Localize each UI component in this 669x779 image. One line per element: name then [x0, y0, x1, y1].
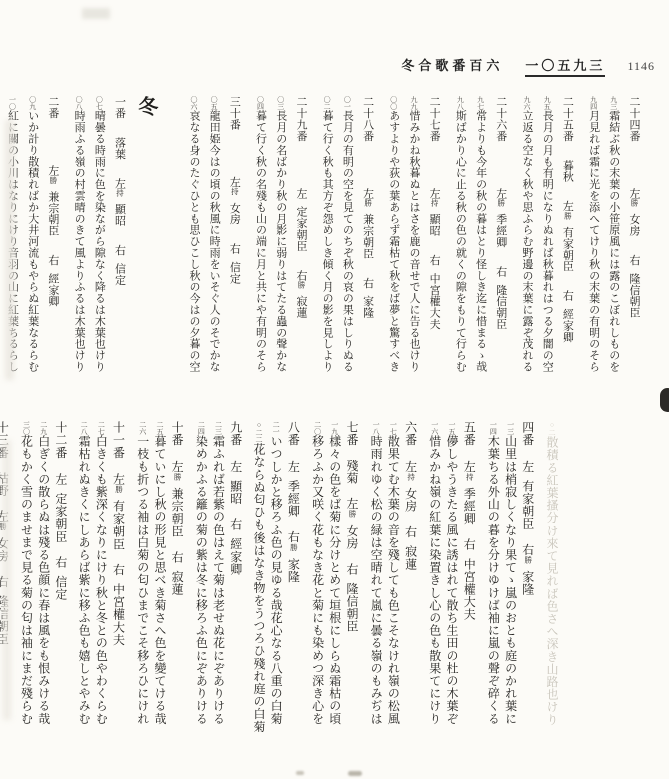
team-label-right: 右 — [47, 254, 59, 265]
scan-artifact — [296, 771, 304, 775]
poem-column: 九七常よりも今年の秋の暮はとり怪しき迄に惜まるゝ哉 — [470, 96, 490, 408]
scan-artifact — [82, 8, 110, 19]
poem-annotation: 〇三 — [271, 96, 291, 110]
poet-name-right: 寂蓮 — [404, 545, 418, 570]
team-label-right: 右 — [295, 270, 307, 281]
team-label-left: 左 — [47, 165, 59, 176]
round-number: 二十六番 — [495, 96, 507, 142]
poem-annotation: 一七 — [384, 421, 401, 435]
scan-artifact — [5, 120, 14, 380]
poem-column: 〇六哀なる身のたぐひとも思ひこし秋の今はの夕暮の空 — [184, 96, 204, 408]
round-header-column: 十二番左定家朝臣右信定 — [52, 421, 75, 769]
team-label-right: 右 — [521, 543, 535, 556]
section-heading-text: 冬 — [135, 96, 157, 116]
poem-text: 惜みかね嶺の紅葉に染置きし心の色も散果てにけり — [428, 435, 442, 725]
poem-annotation: 二五 — [151, 421, 168, 435]
poem-annotation: 二七 — [92, 421, 109, 435]
poem-column: 一七散果てむ木葉の音を殘しても色こそなけれ嶺の松風 — [384, 421, 401, 769]
team-label-right: 右 — [561, 290, 573, 301]
team-label-left: 左 — [521, 460, 535, 473]
team-label-right: 右 — [428, 254, 440, 265]
poem-column: 〇一長月の有明の空を見てのちぞ秋の哀の果はしりぬる — [337, 96, 357, 408]
round-number: 十一番 — [112, 421, 126, 459]
poem-column: 二六一枝も折つる袖は白菊の匂ひまでこそ移ろひにけれ — [134, 421, 151, 769]
round-number: 七番 — [345, 421, 359, 446]
poem-column: 九四月見れば霜に光を添へてけり秋の末葉の有明のそら — [583, 96, 603, 408]
poem-annotation: 九八 — [450, 96, 470, 110]
round-number: 六番 — [404, 421, 418, 446]
team-label-right: 右 — [286, 531, 300, 544]
team-label-left: 左 — [628, 188, 640, 199]
poem-column: 二四染めかふる籬の菊の紫は冬に移ろふ色にぞありける — [192, 421, 209, 769]
round-header-column: 一番落葉左持顯昭右信定 — [109, 96, 135, 408]
win-mark: 持 — [116, 189, 125, 197]
team-label-left: 左 — [345, 497, 359, 510]
poem-column: 一八時雨れゆく松の緑は空晴れて嵐に曇る嶺のもみぢは — [367, 421, 384, 769]
win-mark: 勝 — [297, 281, 306, 289]
team-label-right: 右 — [495, 266, 507, 277]
win-mark: 勝 — [364, 199, 373, 207]
poem-text: 暮て行く秋の名殘も山の端に月と共にや有明のそら — [255, 110, 267, 372]
poem-column: 九九惜みかね秋暮ぬとはさを鹿の音せで人に告る也けり — [404, 96, 424, 408]
poem-text: 龍田姫今はの頃の秋風に時雨をいそぐ人のそでかな — [208, 110, 220, 372]
team-label-right: 右 — [462, 538, 476, 551]
team-label-left: 左 — [404, 460, 418, 473]
win-mark: 持 — [230, 188, 239, 196]
poet-name-right: 經家卿 — [561, 308, 573, 342]
poet-name-left: 兼宗朝臣 — [47, 191, 59, 237]
top-register: 二十四番左勝女房右隆信朝臣九三霜結ぶ秋の末葉の小笹原風には露のこぼれしものを九四… — [2, 96, 650, 408]
win-mark: 勝 — [524, 556, 533, 564]
poem-text: 散果てむ木葉の音を殘しても色こそなけれ嶺の松風 — [386, 435, 400, 725]
round-header-column: 二十七番左持顯昭右中宮權大夫 — [424, 96, 450, 408]
round-number: 十二番 — [54, 421, 68, 459]
team-label-right: 右 — [112, 563, 126, 576]
poem-text: 花もかく雪のませまで見る菊の匂は袖にまだ殘らむ — [20, 435, 34, 725]
poem-annotation: 〇六 — [184, 96, 204, 110]
poem-annotation: 九五 — [537, 96, 557, 110]
poem-annotation: ○二 — [543, 421, 560, 436]
poet-name-left: 有家朝臣 — [112, 500, 126, 550]
poem-text: 長月の名ばかり秋の月影に弱りはてたる蟲の聲かな — [275, 110, 287, 372]
poem-text: 花ならぬ匂ひも後はなき物をうつろひ殘れ庭の白菊 — [252, 443, 266, 733]
round-header-column: 三十番左持女房右信定 — [224, 96, 250, 408]
poem-annotation: 九六 — [517, 96, 537, 110]
win-mark: 持 — [430, 199, 439, 207]
poem-text: 暮ていにし秋の形見と思べき菊さへ色を變てける哉 — [153, 435, 167, 725]
round-header-column: 十一番左勝有家朝臣右中宮權大夫 — [109, 421, 133, 769]
round-header-column: 二十五番暮秋左勝有家朝臣右經家卿 — [557, 96, 583, 408]
poem-annotation: 一五 — [443, 421, 460, 435]
poem-annotation: 〇七 — [89, 96, 109, 110]
team-label-left: 左 — [295, 188, 307, 199]
team-label-left: 左 — [229, 460, 243, 473]
poem-annotation: 〇二 — [317, 96, 337, 110]
poet-name-right: 信定 — [54, 575, 68, 600]
poem-text: 一枝も折つる袖は白菊の匂ひまでこそ移ろひにけれ — [136, 435, 150, 725]
poem-column: 三〇花もかく雪のませまで見る菊の匂は袖にまだ殘らむ — [17, 421, 34, 769]
poem-column: 〇七晴曇る時雨に色を染ながら隙なく降るは木葉也けり — [89, 96, 109, 408]
poem-annotation: 二〇 — [308, 421, 325, 435]
round-header-column: 五番左持季經卿右中宮權大夫 — [460, 421, 484, 769]
win-mark: 勝 — [173, 473, 182, 481]
poet-name-right: 中宮權大夫 — [112, 583, 126, 646]
win-mark: 勝 — [348, 510, 357, 518]
poet-name-right: 隆信朝臣 — [628, 273, 640, 319]
poet-name-right: 信定 — [228, 261, 240, 284]
team-label-right: 右 — [404, 526, 418, 539]
round-topic: 落葉 — [114, 137, 126, 160]
poet-name-left: 定家朝臣 — [54, 492, 68, 542]
poem-text: 儚しやうきたる風に誘はれて散ち生田の杜の木葉ぞ — [445, 435, 459, 725]
team-label-left: 左 — [286, 460, 300, 473]
poem-text: 惜みかね秋暮ぬとはさを鹿の音せで人に告る也けり — [408, 110, 420, 372]
poet-name-left: 有家朝臣 — [521, 480, 535, 530]
poet-name-left: 定家朝臣 — [295, 206, 307, 252]
poet-name-right: 經家卿 — [47, 273, 59, 307]
poem-annotation: 〇〇 — [384, 96, 404, 110]
poem-annotation: ○二二 — [250, 421, 267, 443]
poem-text: 晴曇る時雨に色を染ながら隙なく降るは木葉也けり — [93, 110, 105, 372]
round-number: 二十四番 — [628, 96, 640, 142]
poet-name-right: 寂蓮 — [295, 296, 307, 319]
poem-text: 木葉ちる外山の暮を分けゆけば袖に嵐の聲ぞ碎くる — [486, 435, 500, 725]
poem-column: 一四木葉ちる外山の暮を分けゆけば袖に嵐の聲ぞ碎くる — [484, 421, 501, 769]
poem-text: 哀なる身のたぐひとも思ひこし秋の今はの夕暮の空 — [188, 110, 200, 372]
poem-text: 立返る空なく秋や思ふらむ野邊の末葉に露ぞ茂れる — [521, 110, 533, 372]
poem-column: 一六惜みかね嶺の紅葉に染置きし心の色も散果てにけり — [426, 421, 443, 769]
win-mark: 持 — [407, 473, 416, 481]
poem-annotation: 九七 — [470, 96, 490, 110]
poet-name-left: 季經卿 — [495, 214, 507, 248]
poem-text: 時雨ふる嶺の村雲晴のきて風よりふるは木葉也けり — [73, 110, 85, 372]
poem-text: 常よりも今年の秋の暮はとり怪しき迄に惜まるゝ哉 — [475, 110, 487, 372]
poet-name-right: 家隆 — [286, 558, 300, 583]
poet-name-right: 寂蓮 — [170, 570, 184, 595]
round-topic: 殘菊 — [345, 459, 359, 484]
poem-text: いか計り散積ればか大井河流もやらぬ紅葉なるらむ — [27, 110, 39, 372]
poem-annotation: 一八 — [367, 421, 384, 435]
round-header-column: 八番左季經卿右勝家隆 — [284, 421, 308, 769]
win-mark: 勝 — [49, 176, 58, 184]
round-header-column: 七番殘菊左勝女房右隆信朝臣 — [343, 421, 367, 769]
round-header-column: 二十六番左勝季經卿右隆信朝臣 — [491, 96, 517, 408]
round-header-column: 二十八番左勝兼宗朝臣右家隆 — [357, 96, 383, 408]
poet-name-right: 隆信朝臣 — [345, 582, 359, 632]
win-mark: 勝 — [497, 199, 506, 207]
poem-annotation: 一九 — [326, 421, 343, 435]
poem-text: 長月の有明の空を見てのちぞ秋の哀の果はしりぬる — [341, 110, 353, 372]
team-label-left: 左 — [112, 473, 126, 486]
poem-column: 九八斯ばかり心に止る秋の色の就くの隙をもりて行らむ — [450, 96, 470, 408]
win-mark: 勝 — [115, 485, 124, 493]
team-label-right: 右 — [54, 556, 68, 569]
win-mark: 勝 — [289, 543, 298, 551]
team-label-left: 左 — [462, 460, 476, 473]
poem-column: 〇〇あすよりや荻の葉あらず霜枯て秋をば夢と驚すべき — [384, 96, 404, 408]
round-header-column: 二十四番左勝女房右隆信朝臣 — [624, 96, 650, 408]
poem-annotation: 〇一 — [337, 96, 357, 110]
poet-name-left: 女房 — [228, 202, 240, 225]
running-head: 冬合歌番百六 一〇五九三 1146 — [401, 55, 655, 77]
poem-column: 〇九いか計り散積ればか大井河流もやらぬ紅葉なるらむ — [23, 96, 43, 408]
team-label-right: 右 — [345, 563, 359, 576]
win-mark: 勝 — [563, 212, 572, 220]
team-label-left: 左 — [362, 188, 374, 199]
poem-column: ○二散積る紅葉搔分け來て見れば色さへ深き山路也けり — [543, 421, 560, 769]
team-label-right: 右 — [229, 518, 243, 531]
poet-name-right: 信定 — [114, 263, 126, 286]
poem-column: 二三霜ふれば若紫の色はえて菊は老せぬ花にぞありける — [209, 421, 226, 769]
team-label-right: 右 — [628, 254, 640, 265]
poem-column: 二九白ぎくの散らぬは殘る色顔に春は風をも恨みける哉 — [35, 421, 52, 769]
poem-column: 二八霜枯れぬきくにしあらば紫に移ふ色も嬉しとやみむ — [75, 421, 92, 769]
poem-text: 霜ふれば若紫の色はえて菊は老せぬ花にぞありける — [212, 435, 226, 725]
poem-annotation: 二三 — [209, 421, 226, 435]
poem-text: 時雨れゆく松の緑は空晴れて嵐に曇る嶺のもみぢは — [369, 435, 383, 725]
poem-annotation: 二六 — [134, 421, 151, 435]
poem-annotation: 一六 — [426, 421, 443, 435]
round-number: 十番 — [170, 421, 184, 446]
poem-column: 二一いつしかと移ろふ色の見ゆる哉花心なる八重の白菊 — [267, 421, 284, 769]
poem-annotation: 九四 — [583, 96, 603, 110]
poem-annotation: 〇八 — [69, 96, 89, 110]
poem-column: ○二二花ならぬ匂ひも後はなき物をうつろひ殘れ庭の白菊 — [250, 421, 267, 769]
team-label-left: 左 — [428, 188, 440, 199]
poet-name-right: 中宮權大夫 — [462, 558, 476, 621]
round-header-column: 二番左勝兼宗朝臣右經家卿 — [43, 96, 69, 408]
poet-name-left: 季經卿 — [286, 480, 300, 518]
poem-annotation: 〇五 — [204, 96, 224, 110]
poet-name-right: 經家卿 — [229, 538, 243, 576]
running-title: 冬合歌番百六 — [401, 55, 503, 74]
team-label-left: 左 — [228, 176, 240, 187]
poem-column: 〇二暮て行く秋も其方ぞ怨めしき傾く月の影を見しより — [317, 96, 337, 408]
team-label-right: 右 — [362, 277, 374, 288]
round-header-column: 四番左有家朝臣右勝家隆 — [519, 421, 543, 769]
poet-name-left: 兼宗朝臣 — [362, 214, 374, 260]
poem-text: 移ろふか又咲く花もなき花と菊にも染めつ深き心を — [311, 435, 325, 725]
poem-number-label: 一〇五九三 — [525, 55, 605, 77]
round-number: 三十番 — [228, 96, 240, 130]
team-label-left: 左 — [54, 473, 68, 486]
poem-annotation: 三〇 — [17, 421, 34, 435]
bottom-register: ○二散積る紅葉搔分け來て見れば色さへ深き山路也けり四番左有家朝臣右勝家隆一三山里… — [0, 421, 560, 769]
team-label-left: 左 — [170, 460, 184, 473]
poem-column: 〇三長月の名ばかり秋の月影に弱りはてたる蟲の聲かな — [271, 96, 291, 408]
poem-column: 〇四暮て行く秋の名殘も山の端に月と共にや有明のそら — [250, 96, 270, 408]
round-number: 一番 — [114, 96, 126, 119]
team-label-left: 左 — [561, 200, 573, 211]
poem-column: 九六立返る空なく秋や思ふらむ野邊の末葉に露ぞ茂れる — [517, 96, 537, 408]
scan-artifact — [3, 440, 11, 720]
poem-text: 暮て行く秋も其方ぞ怨めしき傾く月の影を見しより — [321, 110, 333, 372]
poem-text: 白ぎくの散らぬは殘る色顔に春は風をも恨みける哉 — [37, 435, 51, 725]
poet-name-right: 隆信朝臣 — [495, 284, 507, 330]
poet-name-left: 有家朝臣 — [561, 226, 573, 272]
poem-annotation: 〇九 — [23, 96, 43, 110]
poem-text: 樣々の色をば菊に分けとめて垣根にしらぬ霜枯の頃 — [328, 435, 342, 725]
round-header-column: 六番左持女房右寂蓮 — [401, 421, 425, 769]
team-label-left: 左 — [495, 188, 507, 199]
poem-annotation: 二八 — [75, 421, 92, 435]
poet-name-left: 顯昭 — [428, 214, 440, 237]
round-number: 八番 — [286, 421, 300, 446]
poem-column: 〇八時雨ふる嶺の村雲晴のきて風よりふるは木葉也けり — [69, 96, 89, 408]
round-number: 二十七番 — [428, 96, 440, 142]
poem-annotation: 一四 — [484, 421, 501, 435]
poem-text: 散積る紅葉搔分け來て見れば色さへ深き山路也けり — [545, 436, 559, 726]
poem-annotation: 〇四 — [250, 96, 270, 110]
team-label-right: 右 — [228, 243, 240, 254]
poet-name-left: 顯昭 — [114, 204, 126, 227]
poem-column: 二〇移ろふか又咲く花もなき花と菊にも染めつ深き心を — [308, 421, 325, 769]
team-label-right: 右 — [170, 551, 184, 564]
poet-name-left: 女房 — [404, 487, 418, 512]
page-number: 1146 — [627, 59, 655, 74]
scan-artifact — [348, 771, 362, 776]
poem-annotation: 一〇 — [2, 96, 22, 110]
poem-text: あすよりや荻の葉あらず霜枯て秋をば夢と驚すべき — [388, 110, 400, 372]
poem-text: 白きくも紫深くなりにけり秋と冬との色やわくらむ — [94, 435, 108, 725]
poem-column: 二七白きくも紫深くなりにけり秋と冬との色やわくらむ — [92, 421, 109, 769]
poet-name-left: 女房 — [345, 525, 359, 550]
round-number: 二十八番 — [362, 96, 374, 142]
poem-text: 山里は梢寂しくなり果てゝ嵐のおとも庭のかれ葉に — [504, 435, 518, 725]
round-number: 二十五番 — [561, 96, 573, 142]
poem-annotation: 一三 — [501, 421, 518, 435]
poem-text: 霜結ぶ秋の末葉の小笹原風には露のこぼれしものを — [608, 110, 620, 372]
poem-column: 一三山里は梢寂しくなり果てゝ嵐のおとも庭のかれ葉に — [501, 421, 518, 769]
round-header-column: 九番左顯昭右經家卿 — [227, 421, 250, 769]
round-number: 二十九番 — [295, 96, 307, 142]
poem-annotation: 二四 — [192, 421, 209, 435]
round-header-column: 二十九番左定家朝臣右勝寂蓮 — [291, 96, 317, 408]
poem-text: 染めかふる籬の菊の紫は冬に移ろふ色にぞありける — [194, 435, 208, 725]
poet-name-left: 兼宗朝臣 — [170, 487, 184, 537]
poet-name-right: 家隆 — [362, 296, 374, 319]
win-mark: 持 — [465, 473, 474, 481]
team-label-left: 左 — [114, 178, 126, 189]
poem-text: 霜枯れぬきくにしあらば紫に移ふ色も嬉しとやみむ — [77, 435, 91, 725]
poem-annotation: 二九 — [35, 421, 52, 435]
poem-column: 二五暮ていにし秋の形見と思べき菊さへ色を變てける哉 — [151, 421, 168, 769]
poem-column: 一九樣々の色をば菊に分けとめて垣根にしらぬ霜枯の頃 — [326, 421, 343, 769]
round-number: 二番 — [47, 96, 59, 119]
poem-column: 九五長月の月も有明になりぬれば秋暮れはつる夕闇の空 — [537, 96, 557, 408]
team-label-right: 右 — [114, 244, 126, 255]
section-heading: 冬 — [136, 96, 184, 408]
poem-text: いつしかと移ろふ色の見ゆる哉花心なる八重の白菊 — [269, 435, 283, 725]
round-header-column: 十番左勝兼宗朝臣右寂蓮 — [168, 421, 192, 769]
round-number: 九番 — [229, 421, 243, 446]
win-mark: 勝 — [630, 199, 639, 207]
scan-artifact — [660, 388, 669, 412]
poet-name-right: 中宮權大夫 — [428, 273, 440, 330]
scanned-book-page: 冬合歌番百六 一〇五九三 1146 二十四番左勝女房右隆信朝臣九三霜結ぶ秋の末葉… — [0, 0, 669, 779]
poem-annotation: 九三 — [604, 96, 624, 110]
poem-text: 月見れば霜に光を添へてけり秋の末葉の有明のそら — [588, 110, 600, 372]
round-topic: 暮秋 — [561, 160, 573, 183]
poem-annotation: 九九 — [404, 96, 424, 110]
poet-name-left: 女房 — [628, 214, 640, 237]
poet-name-left: 顯昭 — [229, 480, 243, 505]
poem-column: 一五儚しやうきたる風に誘はれて散ち生田の杜の木葉ぞ — [443, 421, 460, 769]
poem-annotation: 二一 — [267, 421, 284, 435]
poem-text: 長月の月も有明になりぬれば秋暮れはつる夕闇の空 — [541, 110, 553, 372]
poem-column: 〇五龍田姫今はの頃の秋風に時雨をいそぐ人のそでかな — [204, 96, 224, 408]
poem-text: 斯ばかり心に止る秋の色の就くの隙をもりて行らむ — [454, 110, 466, 372]
round-number: 五番 — [462, 421, 476, 446]
poet-name-right: 家隆 — [521, 570, 535, 595]
round-number: 四番 — [521, 421, 535, 446]
poem-column: 九三霜結ぶ秋の末葉の小笹原風には露のこぼれしものを — [604, 96, 624, 408]
poet-name-left: 季經卿 — [462, 487, 476, 525]
